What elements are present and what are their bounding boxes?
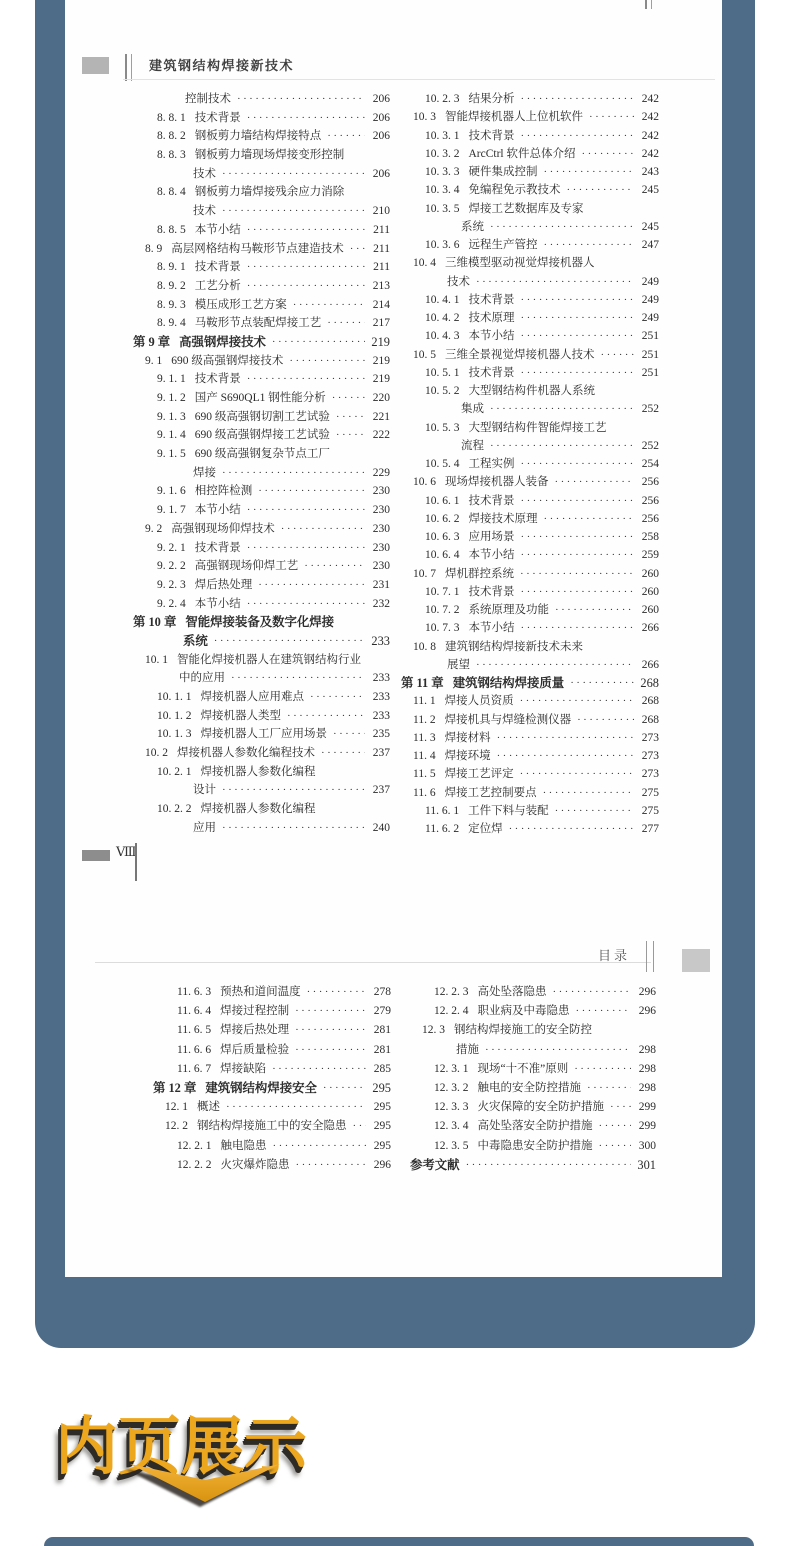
toc-entry-title: 焊接过程控制 — [220, 1002, 289, 1021]
dot-leader: ········································… — [490, 400, 634, 418]
toc-entry: 10. 5三维全景视觉焊接机器人技术······················… — [401, 346, 659, 364]
dot-leader: ········································… — [336, 426, 365, 445]
toc-page-number: 298 — [634, 1060, 656, 1079]
toc-page-number: 206 — [368, 90, 390, 109]
toc-entry-number: 11. 5 — [413, 765, 436, 783]
dot-leader: ········································… — [237, 90, 365, 109]
dot-leader: ········································… — [476, 273, 634, 291]
toc-page-number: 295 — [369, 1098, 391, 1117]
toc-entry-number: 11. 6. 3 — [177, 983, 211, 1002]
toc-page-number: 206 — [368, 165, 390, 184]
toc-page-number: 230 — [368, 501, 390, 520]
toc-entry: 8. 9. 3模压成形工艺方案·························… — [133, 296, 390, 315]
toc-entry-title: 应用场景 — [469, 528, 515, 546]
toc-entry-title: 建筑钢结构焊接安全 — [205, 1079, 317, 1098]
dot-leader: ········································… — [287, 707, 365, 726]
dot-leader: ········································… — [247, 109, 365, 128]
toc-page-number: 245 — [637, 181, 659, 199]
dot-leader: ········································… — [222, 165, 365, 184]
toc-entry-number: 12. 3 — [422, 1021, 445, 1040]
dot-leader: ········································… — [570, 674, 634, 692]
toc-entry: 11. 2焊接机具与焊缝检测仪器························… — [401, 711, 659, 729]
toc-entry-title: 高强钢焊接技术 — [179, 333, 266, 352]
toc-page-number: 299 — [634, 1117, 656, 1136]
dot-leader: ········································… — [247, 258, 365, 277]
toc-entry-number: 12. 3. 4 — [434, 1117, 469, 1136]
dot-leader: ········································… — [520, 565, 634, 583]
toc-page-number: 260 — [637, 583, 659, 601]
toc-entry: 10. 2. 3结果分析····························… — [401, 90, 659, 108]
toc-entry-title: 技术背景 — [469, 127, 515, 145]
next-panel-frame-top — [44, 1537, 754, 1546]
toc-page-number: 298 — [634, 1041, 656, 1060]
toc-entry-number: 10. 6. 4 — [425, 546, 460, 564]
toc-entry-number: 8. 9. 1 — [157, 258, 186, 277]
toc-entry: 12. 3. 4高处坠落安全防护措施······················… — [410, 1117, 656, 1136]
toc-page-number: 249 — [637, 291, 659, 309]
toc-entry: 8. 8. 2钢板剪力墙结构焊接特点······················… — [133, 127, 390, 146]
toc-entry-title: 智能焊接装备及数字化焊接 — [185, 613, 334, 632]
toc-page-number: 249 — [637, 309, 659, 327]
toc-header-rule — [95, 962, 651, 963]
toc-entry-number: 10. 1 — [145, 651, 168, 670]
dot-leader: ········································… — [247, 501, 365, 520]
toc-page-number: 278 — [369, 983, 391, 1002]
dot-leader: ········································… — [247, 221, 365, 240]
toc-page-number: 275 — [637, 802, 659, 820]
dot-leader: ········································… — [521, 127, 635, 145]
dot-leader: ········································… — [521, 291, 635, 309]
toc-entry-title: 国产 S690QL1 钢性能分析 — [195, 389, 326, 408]
toc-entry-number: 10. 5. 2 — [425, 382, 460, 400]
toc-entry-number: 10. 3. 3 — [425, 163, 460, 181]
toc-entry: 12. 3钢结构焊接施工的安全防控措施·····················… — [410, 1021, 656, 1059]
toc-entry: 10. 7. 2系统原理及功能·························… — [401, 601, 659, 619]
toc-entry-title: 技术背景 — [469, 492, 515, 510]
dot-leader: ········································… — [310, 688, 365, 707]
dot-leader: ········································… — [490, 437, 634, 455]
toc-entry: 10. 3. 3硬件集成控制··························… — [401, 163, 659, 181]
dot-leader: ········································… — [589, 108, 634, 126]
dot-leader: ········································… — [214, 632, 365, 651]
toc-entry-title: 高强钢现场仰焊技术 — [171, 520, 275, 539]
toc-entry-number: 8. 8. 2 — [157, 127, 186, 146]
toc-entry-title: 大型钢结构件机器人系统 — [469, 382, 596, 400]
toc-page-number: 232 — [368, 595, 390, 614]
dot-leader: ········································… — [555, 802, 634, 820]
toc-entry: 9. 2. 3焊后热处理····························… — [133, 576, 390, 595]
toc-entry-title: 焊接技术原理 — [469, 510, 538, 528]
toc-entry-number: 11. 6. 7 — [177, 1060, 211, 1079]
dot-leader: ········································… — [353, 1117, 367, 1136]
toc-column-page2-right: 12. 2. 3高处坠落隐患··························… — [410, 983, 656, 1175]
toc-page-number: 259 — [637, 546, 659, 564]
toc-page-number: 240 — [368, 819, 390, 838]
toc-entry: 11. 1焊接人员资质·····························… — [401, 692, 659, 710]
toc-entry: 第 12 章建筑钢结构焊接安全·························… — [153, 1079, 391, 1098]
toc-entry-title: 本节小结 — [195, 221, 241, 240]
toc-page-number: 268 — [637, 711, 659, 729]
folio-page-number: Ⅷ — [116, 844, 136, 860]
toc-entry-title: 中毒隐患安全防护措施 — [478, 1137, 593, 1156]
toc-page-number: 295 — [369, 1079, 391, 1098]
toc-entry-number: 8. 8. 4 — [157, 183, 186, 202]
toc-entry-number: 9. 1. 4 — [157, 426, 186, 445]
dot-leader: ········································… — [304, 557, 365, 576]
dot-leader: ········································… — [350, 240, 365, 259]
header-rule — [123, 79, 715, 80]
toc-entry-continuation: 技术 — [193, 202, 216, 221]
dot-leader: ········································… — [520, 765, 634, 783]
toc-page-number: 296 — [634, 1002, 656, 1021]
toc-entry-title: 本节小结 — [195, 595, 241, 614]
toc-entry-number: 10. 3. 5 — [425, 200, 460, 218]
toc-entry: 8. 8. 3钢板剪力墙现场焊接变形控制技术··················… — [133, 146, 390, 183]
dot-leader: ········································… — [293, 296, 365, 315]
toc-entry-title: 焊后热处理 — [195, 576, 253, 595]
footer-vertical-rule — [135, 843, 137, 881]
toc-entry-title: 高处坠落隐患 — [478, 983, 547, 1002]
toc-entry-number: 12. 1 — [165, 1098, 188, 1117]
toc-page-number: 256 — [637, 510, 659, 528]
toc-page-number: 213 — [368, 277, 390, 296]
dot-leader: ········································… — [295, 1002, 366, 1021]
toc-page-number: 219 — [368, 370, 390, 389]
toc-entry: 第 10 章智能焊接装备及数字化焊接系统····················… — [133, 613, 390, 650]
toc-entry-number: 10. 6 — [413, 473, 436, 491]
toc-page-number: 219 — [368, 352, 390, 371]
dot-leader: ········································… — [307, 983, 366, 1002]
toc-page-number: 247 — [637, 236, 659, 254]
toc-entry-title: 火灾爆炸隐患 — [221, 1156, 290, 1175]
toc-entry: 控制技术····································… — [133, 90, 390, 109]
toc-entry-number: 10. 4. 2 — [425, 309, 460, 327]
toc-entry-number: 12. 3. 2 — [434, 1079, 469, 1098]
toc-entry-number: 9. 1 — [145, 352, 162, 371]
toc-entry-number: 10. 3 — [413, 108, 436, 126]
toc-entry-continuation: 系统 — [183, 632, 208, 651]
toc-page-number: 252 — [637, 400, 659, 418]
dot-leader: ········································… — [327, 314, 365, 333]
toc-page-number: 258 — [637, 528, 659, 546]
toc-entry-title: 高强钢现场仰焊工艺 — [195, 557, 299, 576]
toc-entry: 8. 9. 2工艺分析·····························… — [133, 277, 390, 296]
toc-entry-title: 焊接机器人参数化编程 — [201, 763, 316, 782]
dot-leader: ········································… — [336, 408, 365, 427]
toc-entry-continuation: 措施 — [456, 1041, 479, 1060]
toc-entry-number: 8. 9. 2 — [157, 277, 186, 296]
toc-entry: 10. 4. 2技术原理····························… — [401, 309, 659, 327]
toc-entry-number: 9. 2. 2 — [157, 557, 186, 576]
toc-column-page1-right: 10. 2. 3结果分析····························… — [401, 90, 659, 838]
toc-entry: 11. 6. 5焊接后热处理··························… — [153, 1021, 391, 1040]
toc-entry-title: 本节小结 — [195, 501, 241, 520]
toc-entry-number: 10. 1. 2 — [157, 707, 192, 726]
toc-entry-number: 11. 6. 5 — [177, 1021, 211, 1040]
toc-entry: 参考文献····································… — [410, 1156, 656, 1175]
toc-entry-number: 11. 3 — [413, 729, 436, 747]
dot-leader: ········································… — [327, 127, 365, 146]
toc-entry: 8. 8. 5本节小结·····························… — [133, 221, 390, 240]
toc-page-number: 211 — [368, 258, 390, 277]
toc-entry-number: 9. 2. 1 — [157, 539, 186, 558]
toc-page-number: 229 — [368, 464, 390, 483]
dot-leader: ········································… — [466, 1156, 631, 1175]
toc-entry-title: 工程实例 — [469, 455, 515, 473]
toc-entry: 12. 2. 2火灾爆炸隐患··························… — [153, 1156, 391, 1175]
toc-entry-title: 本节小结 — [469, 546, 515, 564]
toc-entry: 10. 5. 2大型钢结构件机器人系统集成···················… — [401, 382, 659, 419]
book-page-sheet: 建筑钢结构焊接新技术 控制技术·························… — [65, 0, 722, 1277]
dot-leader: ········································… — [555, 473, 635, 491]
toc-entry: 10. 2焊接机器人参数化编程技术·······················… — [133, 744, 390, 763]
toc-page-number: 268 — [637, 692, 659, 710]
toc-entry: 12. 3. 3火灾保障的安全防护措施·····················… — [410, 1098, 656, 1117]
toc-entry-number: 8. 8. 5 — [157, 221, 186, 240]
dot-leader: ········································… — [476, 656, 634, 674]
toc-entry: 11. 4焊接环境·······························… — [401, 747, 659, 765]
toc-entry-title: 现场“十不准”原则 — [478, 1060, 569, 1079]
toc-page-number: 206 — [368, 109, 390, 128]
toc-entry: 10. 1. 1焊接机器人应用难点·······················… — [133, 688, 390, 707]
toc-entry-number: 10. 2. 1 — [157, 763, 192, 782]
toc-entry-number: 11. 6. 4 — [177, 1002, 211, 1021]
banner-arrow — [130, 1464, 280, 1502]
toc-entry-title: 概述 — [197, 1098, 220, 1117]
toc-page-number: 273 — [637, 747, 659, 765]
toc-page-number: 230 — [368, 557, 390, 576]
dot-leader: ········································… — [296, 1156, 367, 1175]
dot-leader: ········································… — [289, 352, 365, 371]
toc-entry-title: 本节小结 — [469, 619, 515, 637]
toc-entry: 9. 2. 4本节小结·····························… — [133, 595, 390, 614]
header-double-rule — [125, 54, 132, 81]
toc-entry-title: 相控阵检测 — [195, 482, 253, 501]
toc-page-number: 214 — [368, 296, 390, 315]
toc-page-number: 233 — [368, 669, 390, 688]
toc-entry: 10. 3. 4免编程免示教技术························… — [401, 181, 659, 199]
dot-leader: ········································… — [272, 1060, 366, 1079]
toc-entry-number: 10. 7 — [413, 565, 436, 583]
dot-leader: ········································… — [222, 202, 365, 221]
toc-entry: 9. 1. 4690 级高强钢焊接工艺试验···················… — [133, 426, 390, 445]
toc-page-number: 296 — [369, 1156, 391, 1175]
toc-entry-number: 10. 1. 3 — [157, 725, 192, 744]
toc-entry: 11. 5焊接工艺评定·····························… — [401, 765, 659, 783]
dot-leader: ········································… — [521, 619, 635, 637]
page-edge-mark — [645, 0, 652, 9]
toc-entry-title: 建筑钢结构焊接新技术未来 — [445, 638, 583, 656]
toc-page-number: 233 — [368, 707, 390, 726]
dot-leader: ········································… — [521, 546, 635, 564]
toc-entry-continuation: 中的应用 — [179, 669, 225, 688]
toc-entry-continuation: 应用 — [193, 819, 216, 838]
toc-entry-title: 焊接工艺评定 — [445, 765, 514, 783]
dot-leader: ········································… — [222, 781, 365, 800]
toc-page-number: 295 — [369, 1117, 391, 1136]
toc-entry: 第 9 章高强钢焊接技术····························… — [133, 333, 390, 352]
toc-page-number: 260 — [637, 601, 659, 619]
toc-entry: 10. 5. 1技术背景····························… — [401, 364, 659, 382]
toc-entry: 10. 3. 2ArcCtrl 软件总体介绍··················… — [401, 145, 659, 163]
toc-entry-continuation: 焊接 — [193, 464, 216, 483]
toc-entry-title: 钢结构焊接施工中的安全隐患 — [197, 1117, 347, 1136]
toc-page-number: 211 — [368, 240, 390, 259]
toc-entry-number: 第 9 章 — [133, 333, 170, 352]
toc-entry-title: 建筑钢结构焊接质量 — [453, 674, 565, 692]
dot-leader: ········································… — [323, 1079, 366, 1098]
toc-entry-title: 三维全景视觉焊接机器人技术 — [445, 346, 595, 364]
dot-leader: ········································… — [544, 510, 635, 528]
toc-entry-title: 焊接工艺控制要点 — [445, 784, 537, 802]
dot-leader: ········································… — [601, 346, 635, 364]
header-gray-square — [82, 57, 109, 74]
toc-entry-title: 远程生产管控 — [469, 236, 538, 254]
toc-entry-title: 技术背景 — [469, 291, 515, 309]
toc-page-number: 298 — [634, 1079, 656, 1098]
toc-entry-number: 8. 9. 4 — [157, 314, 186, 333]
toc-page-number: 285 — [369, 1060, 391, 1079]
toc-entry-continuation: 展望 — [447, 656, 470, 674]
dot-leader: ········································… — [544, 163, 635, 181]
toc-entry: 10. 3智能焊接机器人上位机软件·······················… — [401, 108, 659, 126]
toc-entry-title: 触电隐患 — [221, 1137, 267, 1156]
toc-entry-continuation: 设计 — [193, 781, 216, 800]
toc-entry-number: 10. 6. 1 — [425, 492, 460, 510]
toc-page-number: 266 — [637, 656, 659, 674]
toc-entry-title: 高处坠落安全防护措施 — [478, 1117, 593, 1136]
toc-entry-number: 10. 6. 3 — [425, 528, 460, 546]
toc-entry-title: 工件下料与装配 — [468, 802, 549, 820]
toc-page-number: 252 — [637, 437, 659, 455]
toc-entry-number: 10. 2. 3 — [425, 90, 460, 108]
toc-entry-title: 焊接人员资质 — [445, 692, 514, 710]
toc-header-double-rule — [646, 941, 654, 972]
toc-entry-number: 8. 8. 3 — [157, 146, 186, 165]
dot-leader: ········································… — [247, 595, 365, 614]
toc-entry-title: 触电的安全防控措施 — [478, 1079, 582, 1098]
toc-entry: 11. 6. 4焊接过程控制··························… — [153, 1002, 391, 1021]
toc-page-number: 295 — [369, 1137, 391, 1156]
dot-leader: ········································… — [258, 576, 365, 595]
toc-entry-number: 10. 6. 2 — [425, 510, 460, 528]
toc-entry-number: 10. 3. 6 — [425, 236, 460, 254]
toc-entry-number: 9. 1. 5 — [157, 445, 186, 464]
toc-entry-number: 9. 1. 6 — [157, 482, 186, 501]
toc-entry-title: 技术背景 — [469, 364, 515, 382]
toc-page-number: 233 — [368, 632, 390, 651]
toc-entry-number: 9. 1. 2 — [157, 389, 186, 408]
toc-entry: 10. 1智能化焊接机器人在建筑钢结构行业中的应用···············… — [133, 651, 390, 688]
dot-leader: ········································… — [567, 181, 635, 199]
toc-entry-number: 第 12 章 — [153, 1079, 196, 1098]
toc-entry-number: 12. 2. 2 — [177, 1156, 212, 1175]
toc-entry-number: 11. 1 — [413, 692, 436, 710]
toc-entry-title: 硬件集成控制 — [469, 163, 538, 181]
dot-leader: ········································… — [520, 692, 634, 710]
toc-entry: 8. 9. 1技术背景·····························… — [133, 258, 390, 277]
dot-leader: ········································… — [485, 1041, 631, 1060]
toc-entry-title: 模压成形工艺方案 — [195, 296, 287, 315]
toc-entry: 11. 6. 1工件下料与装配·························… — [401, 802, 659, 820]
toc-entry-title: 技术背景 — [469, 583, 515, 601]
toc-page-number: 256 — [637, 473, 659, 491]
toc-entry-title: 钢板剪力墙结构焊接特点 — [195, 127, 322, 146]
toc-entry: 10. 2. 1焊接机器人参数化编程设计····················… — [133, 763, 390, 800]
dot-leader: ········································… — [231, 669, 365, 688]
toc-entry: 10. 6. 3应用场景····························… — [401, 528, 659, 546]
dot-leader: ········································… — [281, 520, 365, 539]
dot-leader: ········································… — [574, 1060, 631, 1079]
toc-page-number: 242 — [637, 90, 659, 108]
toc-entry: 9. 1. 2国产 S690QL1 钢性能分析·················… — [133, 389, 390, 408]
toc-entry-title: 大型钢结构件智能焊接工艺 — [469, 419, 607, 437]
toc-entry-number: 12. 3. 5 — [434, 1137, 469, 1156]
dot-leader: ········································… — [295, 1021, 366, 1040]
toc-entry-continuation: 技术 — [447, 273, 470, 291]
toc-page-number: 230 — [368, 482, 390, 501]
toc-entry: 10. 6. 1技术背景····························… — [401, 492, 659, 510]
dot-leader: ········································… — [497, 747, 634, 765]
chevron-down-icon — [130, 1464, 280, 1502]
toc-entry: 10. 8建筑钢结构焊接新技术未来展望·····················… — [401, 638, 659, 675]
dot-leader: ········································… — [587, 1079, 631, 1098]
dot-leader: ········································… — [273, 1137, 367, 1156]
toc-entry-number: 12. 2. 1 — [177, 1137, 212, 1156]
toc-page-number: 211 — [368, 221, 390, 240]
dot-leader: ········································… — [610, 1098, 631, 1117]
toc-page-number: 210 — [368, 202, 390, 221]
dot-leader: ········································… — [521, 455, 635, 473]
toc-entry-title: 焊接材料 — [445, 729, 491, 747]
toc-page-number: 301 — [634, 1156, 656, 1175]
toc-entry-title: 钢结构焊接施工的安全防控 — [454, 1021, 592, 1040]
toc-entry: 8. 8. 1技术背景·····························… — [133, 109, 390, 128]
toc-entry: 12. 3. 1现场“十不准”原则·······················… — [410, 1060, 656, 1079]
toc-entry: 12. 2. 3高处坠落隐患··························… — [410, 983, 656, 1002]
toc-entry: 10. 4. 3本节小结····························… — [401, 327, 659, 345]
toc-entry: 10. 5. 3大型钢结构件智能焊接工艺流程··················… — [401, 419, 659, 456]
toc-entry-title: 参考文献 — [410, 1156, 460, 1175]
toc-entry-number: 12. 2. 3 — [434, 983, 469, 1002]
toc-entry-number: 12. 3. 1 — [434, 1060, 469, 1079]
toc-entry-title: 690 级高强钢焊接工艺试验 — [195, 426, 330, 445]
dot-leader: ········································… — [555, 601, 634, 619]
toc-entry: 12. 3. 2触电的安全防控措施·······················… — [410, 1079, 656, 1098]
toc-entry: 第 11 章建筑钢结构焊接质量·························… — [401, 674, 659, 692]
toc-entry: 11. 6. 3预热和道间温度·························… — [153, 983, 391, 1002]
toc-entry: 9. 1690 级高强钢焊接技术························… — [133, 352, 390, 371]
toc-entry-number: 8. 9 — [145, 240, 162, 259]
toc-entry: 9. 1. 3690 级高强钢切割工艺试验···················… — [133, 408, 390, 427]
toc-entry: 11. 6. 2定位焊·····························… — [401, 820, 659, 838]
toc-entry-title: 焊接工艺数据库及专家 — [469, 200, 584, 218]
toc-entry-title: 预热和道间温度 — [220, 983, 301, 1002]
toc-entry-title: 焊接机器人工厂应用场景 — [201, 725, 328, 744]
toc-entry-title: 690 级高强钢复杂节点工厂 — [195, 445, 330, 464]
toc-entry: 12. 2. 1触电隐患····························… — [153, 1137, 391, 1156]
dot-leader: ········································… — [553, 983, 632, 1002]
toc-entry-title: 定位焊 — [468, 820, 503, 838]
toc-entry-title: 焊机群控系统 — [445, 565, 514, 583]
toc-entry-title: 高层网格结构马鞍形节点建造技术 — [171, 240, 344, 259]
dot-leader: ········································… — [247, 539, 365, 558]
dot-leader: ········································… — [521, 309, 635, 327]
toc-entry: 10. 5. 4工程实例····························… — [401, 455, 659, 473]
dot-leader: ········································… — [226, 1098, 366, 1117]
dot-leader: ········································… — [521, 327, 635, 345]
toc-entry-title: 三维模型驱动视觉焊接机器人 — [445, 254, 595, 272]
